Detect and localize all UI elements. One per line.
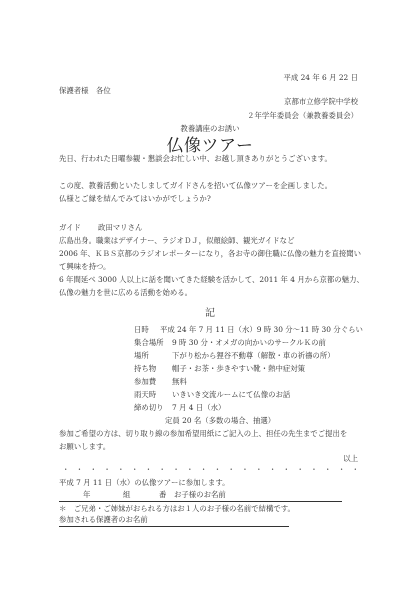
guardian-name-field[interactable]: 参加される保護者のお名前 (59, 516, 289, 527)
apply-instructions-line-1: 参加ご希望の方は、切り取り線の参加希望用紙にご記入の上、担任の先生までご提出を (59, 430, 347, 439)
greeting-paragraph: 先日、行われた日曜参観・懇談会お忙しい中、お越し頂きありがとうございます。 (59, 155, 332, 164)
form-statement: 平成 7 月 11 日（水）の仏像ツアーに参加します。 (59, 479, 230, 488)
guardian-name-label: 参加される保護者のお名前 (59, 516, 148, 525)
guide-bio-line: 2006 年、ＫＢＳ京都のラジオレポーターになり，各お寺の御住職に仏像の魅力を直… (59, 250, 361, 259)
cut-line: ・・・・・・・・・・・・・・・・・・・・・・・・・・・・・・・・・・・・・・・・… (62, 466, 362, 475)
detail-label-deadline: 締め切り (134, 404, 164, 413)
guide-name: 政田マリさん (98, 224, 142, 233)
detail-label-fee: 参加費 (134, 378, 156, 387)
number-label: 番 (159, 491, 166, 500)
year-label: 年 (83, 491, 90, 500)
detail-value-meeting-place: 9 時 30 分・オメガの向かいのサークルＫの前 (172, 339, 326, 348)
detail-value-fee: 無料 (172, 378, 187, 387)
addressee: 保護者様 各位 (59, 87, 111, 96)
closing-mark: 以上 (343, 455, 358, 464)
ki-heading: 記 (0, 308, 420, 320)
detail-value-datetime: 平成 24 年 7 月 11 日（水）9 時 30 分～11 時 30 分ぐらい (160, 326, 363, 335)
apply-instructions-line-2: お願いします。 (59, 443, 110, 452)
detail-label-rain: 雨天時 (134, 391, 156, 400)
guide-bio-line: て興味を持つ。 (59, 263, 110, 272)
detail-label-datetime: 日時 (134, 326, 149, 335)
guide-label: ガイド (59, 224, 81, 233)
sibling-note: ＊ ご兄弟・ご姉妹がおられる方はお１人のお子様の名前で結構です。 (59, 505, 295, 514)
child-info-field[interactable]: 年 組 番 お子様のお名前 (59, 491, 342, 502)
detail-label-place: 場所 (134, 352, 149, 361)
guide-bio-line: 仏像の魅力を世に広める活動を始める。 (59, 289, 192, 298)
child-name-label: お子様のお名前 (174, 491, 226, 500)
capacity-note: 定員 20 名（多数の場合、抽選） (165, 417, 275, 426)
issue-date: 平成 24 年 6 月 22 日 (283, 74, 358, 83)
detail-value-place: 下がり松から狸谷不動尊（解散・車の祈禱の所） (172, 352, 335, 361)
document-subtitle: 教養講座のお誘い (0, 125, 420, 134)
guide-bio-line: 広島出身。職業はデザイナー、ラジオＤＪ，似顔絵師、観光ガイドなど (59, 237, 294, 246)
detail-value-belongings: 帽子・お茶・歩きやすい靴・熱中症対策 (172, 365, 305, 374)
committee-name: ２年学年委員会（兼教養委員会） (247, 112, 358, 121)
detail-value-rain: いきいき交流ルームにて仏像のお話 (172, 391, 290, 400)
detail-value-deadline: 7 月 4 日（水） (172, 404, 225, 413)
intro-line-1: この度、教養活動といたしましてガイドさんを招いて仏像ツアーを企画しました。 (59, 182, 332, 191)
school-name: 京都市立修学院中学校 (284, 98, 358, 107)
class-label: 組 (123, 491, 130, 500)
intro-line-2: 仏様とご縁を結んでみてはいかがでしょうか? (59, 195, 211, 204)
detail-label-meeting-place: 集合場所 (134, 339, 164, 348)
guide-bio-line: 6 年間延べ 3000 人以上に話を聞いてきた経験を活かして、2011 年 4 … (59, 276, 364, 285)
detail-label-belongings: 持ち物 (134, 365, 156, 374)
